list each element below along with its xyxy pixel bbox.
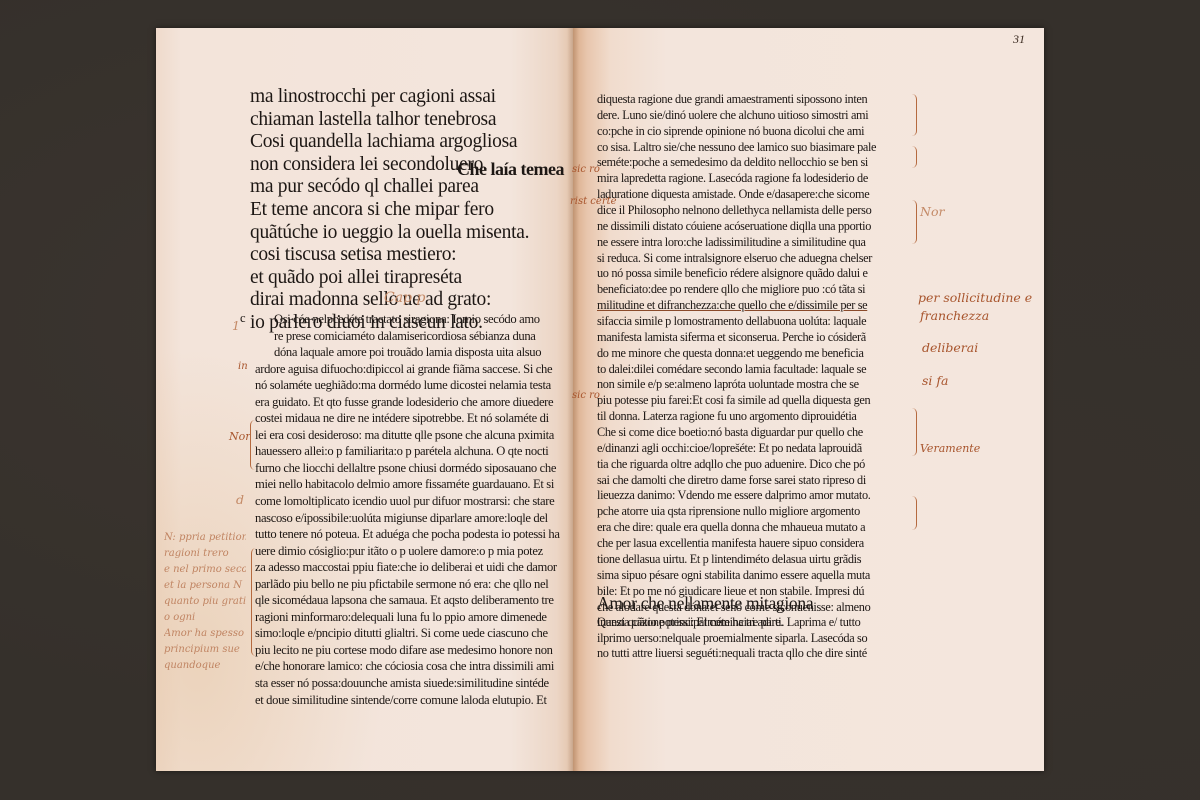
- prose-line: mira lapredetta ragione. Lasecóda ragion…: [597, 171, 909, 187]
- prose-line: pche atorre uia qsta riprensione nullo m…: [597, 504, 909, 520]
- prose-line: lei era cosi desideroso: ma ditutte qlle…: [255, 427, 571, 444]
- prose-line: uere dimio cósiglio:pur itãto o p uolere…: [255, 543, 571, 560]
- margin-note-deliberai: deliberai: [922, 340, 978, 355]
- margin-note-sifa: si fa: [922, 373, 948, 388]
- gutter-note: rist certe: [570, 196, 617, 207]
- prose-line: Questa cãzone principalméte ha tre parti…: [597, 615, 909, 631]
- prose-line: to dalei:dilei comédare secondo lamia fa…: [597, 362, 909, 378]
- margin-bracket: [251, 548, 256, 656]
- prose-line: costei midaua ne dire ne intédere sipotr…: [255, 410, 571, 427]
- margin-bracket: [912, 146, 917, 168]
- left-page: ma linostrocchi per cagioni assai chiama…: [156, 28, 573, 771]
- prose-line: dice il Philosopho nelnono dellethyca ne…: [597, 203, 909, 219]
- prose-line: ne essere intra loro:che ladissimilitudi…: [597, 235, 909, 251]
- prose-line: re prese comiciaméto dalamisericordiosa …: [255, 328, 571, 345]
- verse-line: Et teme ancora si che mipar fero: [250, 199, 570, 222]
- prose-line: non simile e/p se:almeno lapróta uolunta…: [597, 377, 909, 393]
- handwritten-note: N: ppria petitione: [164, 530, 246, 546]
- handwritten-note: o ogni: [164, 610, 246, 626]
- prose-line: era guidato. Et qto fusse grande lodesid…: [255, 394, 571, 411]
- margin-bracket: [250, 420, 255, 470]
- margin-note-nor: Nor: [920, 204, 944, 219]
- prose-line: manifesta lamista siferma et siconserua.…: [597, 330, 909, 346]
- side-title: Che laía temea: [457, 159, 564, 180]
- left-prose: Osi cóe nelpcedéte tractato siragiona: I…: [255, 311, 571, 708]
- prose-line: piu lecito ne piu cortese modo difare as…: [255, 642, 571, 659]
- prose-line: lieuezza danimo: Vdendo me essere dalpri…: [597, 488, 909, 504]
- verse-line: Cosi quandella lachiama argogliosa: [250, 131, 570, 154]
- margin-note-similitudine: per sollicitudine e: [918, 290, 1032, 305]
- prose-line: diquesta ragione due grandi amaestrament…: [597, 92, 909, 108]
- margin-bracket: [912, 496, 917, 530]
- prose-line: ragioni minformaro:delequali luna fu lo …: [255, 609, 571, 626]
- prose-line: ilprimo uerso:nelquale proemialmente sip…: [597, 631, 909, 647]
- margin-note-nor: Nor: [229, 430, 251, 443]
- verse-line: chiaman lastella talhor tenebrosa: [250, 109, 570, 132]
- prose-line: furno che liocchi dellaltre psone chiusi…: [255, 460, 571, 477]
- prose-line: dóna laquale amore poi trouãdo lamia dis…: [255, 344, 571, 361]
- handwritten-note: e nel primo secon: [164, 562, 246, 578]
- prose-line: nó solaméte ueghiãdo:ma dormédo lume dic…: [255, 377, 571, 394]
- prose-line: che per lasua excellentia manifesta haue…: [597, 536, 909, 552]
- gutter-note: sic ro: [572, 390, 600, 401]
- prose-line: sta esser nó possa:douunche amista siued…: [255, 675, 571, 692]
- margin-bracket: [912, 408, 917, 456]
- margin-bracket: [912, 94, 917, 136]
- verse-line: quãtúche io ueggio la ouella misenta.: [250, 222, 570, 245]
- margin-bracket: [912, 200, 917, 244]
- prose-line: ne dissimili distato cóuiene acóseruatio…: [597, 219, 909, 235]
- margin-note-in: in: [238, 361, 248, 372]
- margin-note-franchezza: franchezza: [920, 308, 989, 323]
- prose-line: nascoso e/ipossibile:uolúta migiunse dip…: [255, 510, 571, 527]
- handwritten-note: quandoque: [164, 658, 246, 674]
- right-prose: diquesta ragione due grandi amaestrament…: [597, 92, 909, 631]
- gutter-note: sic ro: [572, 164, 600, 175]
- verse-line: ma linostrocchi per cagioni assai: [250, 86, 570, 109]
- margin-note-veramente: Veramente: [920, 442, 980, 455]
- handwritten-notes-block: N: ppria petitione ragioni trero e nel p…: [164, 530, 246, 674]
- verse-line: cosi tiscusa setisa mestiero:: [250, 244, 570, 267]
- handwritten-note: principium sue: [164, 642, 246, 658]
- prose-line: miei nello habitacolo delmio amore fissa…: [255, 476, 571, 493]
- prose-line: tutto tenere nó poteua. Et aduéga che po…: [255, 526, 571, 543]
- verse-line: et quãdo poi allei tirapreséta: [250, 267, 570, 290]
- section-heading: Amor che nellamente mitagiona: [597, 593, 813, 614]
- margin-note-cap: Cap p: [384, 290, 425, 306]
- prose-line: beneficiato:dee po rendere qllo che migl…: [597, 282, 909, 298]
- prose-line: do me minore che questa donna:et ueggend…: [597, 346, 909, 362]
- prose-line: dere. Luno sie/dinó uolere che alchuno u…: [597, 108, 909, 124]
- prose-line: tia che riguarda oltre adqllo che puo ad…: [597, 457, 909, 473]
- prose-line: til donna. Laterza ragione fu uno argome…: [597, 409, 909, 425]
- handwritten-note: ragioni trero: [164, 546, 246, 562]
- prose-line: era che dire: quale era quella donna che…: [597, 520, 909, 536]
- prose-line: hauessero allei:o p familiarita:o p paré…: [255, 443, 571, 460]
- closing-prose: Questa cãzone principalméte ha tre parti…: [597, 615, 909, 662]
- prose-line: sifaccia simile p lomostramento dellabuo…: [597, 314, 909, 330]
- handwritten-note: Amor ha spesso: [164, 626, 246, 642]
- prose-line: seméte:poche a semedesimo da deldito nel…: [597, 155, 909, 171]
- folio-number: 31: [1013, 32, 1025, 47]
- prose-line: tione dellasua uirtu. Et p lintendiméto …: [597, 552, 909, 568]
- prose-line: Che si come dice boetio:nó basta diguard…: [597, 425, 909, 441]
- prose-line: ardore aguisa difuocho:dipiccol ai grand…: [255, 361, 571, 378]
- prose-line: co sisa. Laltro sie/che nessuno dee lami…: [597, 140, 909, 156]
- prose-line: e/che honorare lamico: che cóciosia cosa…: [255, 658, 571, 675]
- prose-line: sima sipuo pésare ogni stabilita danimo …: [597, 568, 909, 584]
- prose-line: piu potesse piu farei:Et cosi fa simile …: [597, 393, 909, 409]
- prose-line: si reduca. Si come intralsignore elseruo…: [597, 251, 909, 267]
- prose-line-underlined: militudine et difranchezza:che quello ch…: [597, 298, 909, 314]
- prose-line: simo:loqle e/pncipio ditutti glialtri. S…: [255, 625, 571, 642]
- prose-line: laduratione diquesta amistade. Onde e/da…: [597, 187, 909, 203]
- guide-letter: c: [240, 311, 246, 326]
- handwritten-note: quanto piu gratia: [164, 594, 246, 610]
- margin-note-one: 1: [232, 318, 240, 333]
- prose-line: e/dinanzi agli occhi:cioe/loprešéte: Et …: [597, 441, 909, 457]
- prose-line: qle sicomédaua lapsona che samaua. Et aq…: [255, 592, 571, 609]
- handwritten-note: et la persona N: [164, 578, 246, 594]
- prose-line: za adesso maccostai ppiu fiate:che io de…: [255, 559, 571, 576]
- prose-line: no tutti attre liuersi seguéti:nequali t…: [597, 646, 909, 662]
- prose-line: parlãdo piu bello ne piu pfictabile serm…: [255, 576, 571, 593]
- prose-line: uo nó possa simile beneficio rédere alsi…: [597, 266, 909, 282]
- prose-line: come lomoltiplicato icendio uuol pur dif…: [255, 493, 571, 510]
- prose-line: Osi cóe nelpcedéte tractato siragiona: I…: [255, 311, 571, 328]
- prose-line: sai che damolti che diretro dame forse s…: [597, 473, 909, 489]
- margin-note-d: d: [236, 492, 244, 507]
- open-book: ma linostrocchi per cagioni assai chiama…: [156, 28, 1044, 771]
- prose-line: co:pche in cio siprende opinione nó buon…: [597, 124, 909, 140]
- prose-line: et doue similitudine sintende/corre comu…: [255, 692, 571, 709]
